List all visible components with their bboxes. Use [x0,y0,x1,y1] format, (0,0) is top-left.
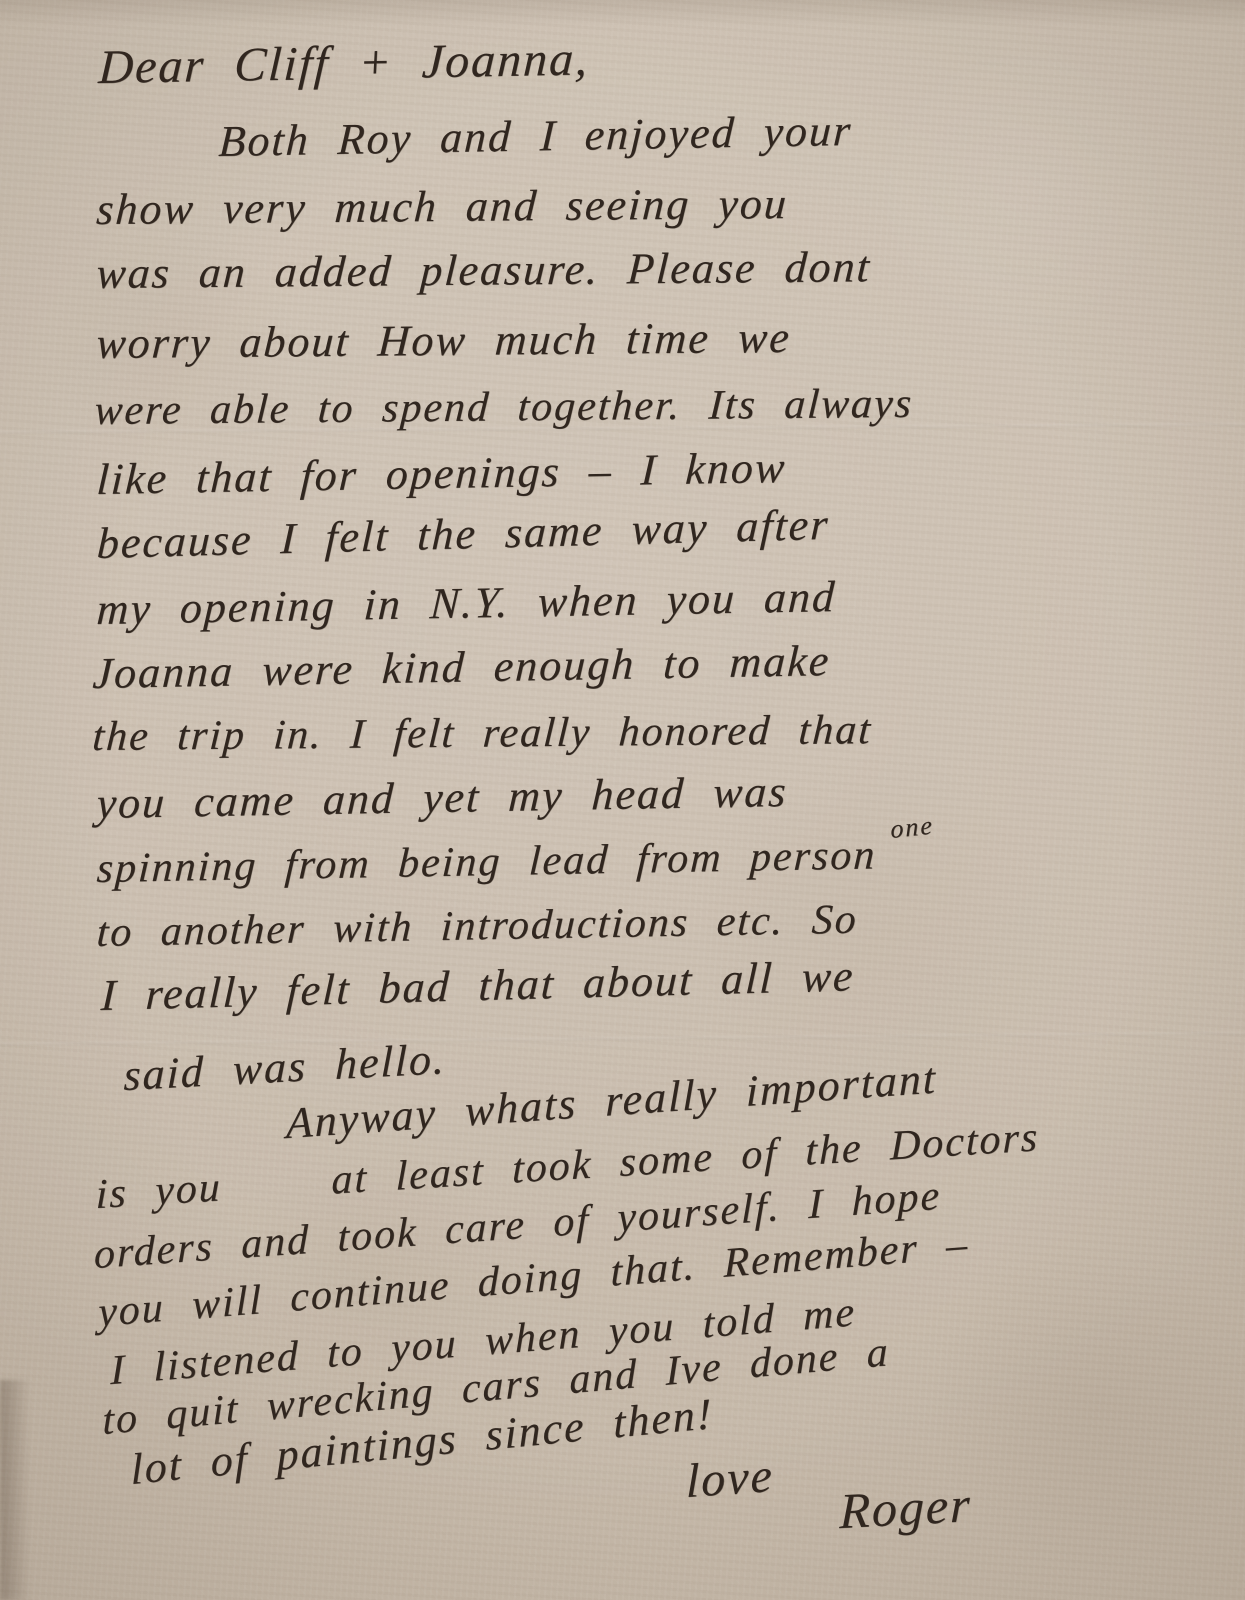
paper-edge-shadow [0,1380,30,1600]
letter-line: I really felt bad that about all we [100,952,856,1020]
letter-line: like that for openings – I know [95,444,787,504]
letter-line: my opening in N.Y. when you and [95,573,837,634]
letter-line: Joanna were kind enough to make [91,637,831,698]
letter-page: Dear Cliff + Joanna,Both Roy and I enjoy… [0,0,1245,1600]
inserted-word: one [890,811,934,844]
letter-line: because I felt the same way after [96,501,831,569]
letter-line: was an added pleasure. Please dont [95,243,872,298]
closing-line: love [686,1450,774,1509]
letter-line: show very much and seeing you [95,180,789,234]
signature-line: Roger [839,1477,972,1539]
letter-line: you came and yet my head was [95,768,788,829]
letter-line: Both Roy and I enjoyed your [217,107,853,167]
salutation-line: Dear Cliff + Joanna, [97,33,590,94]
paper-edge-shade [0,0,1245,26]
fold-crease-lower [0,1032,1245,1046]
letter-line: the trip in. I felt really honored that [91,707,873,760]
letter-line: were able to spend together. Its always [93,381,914,434]
letter-line: worry about How much time we [95,314,792,368]
letter-line: to another with introductions etc. So [96,897,859,957]
letter-line: spinning from being lead from person [96,832,878,892]
